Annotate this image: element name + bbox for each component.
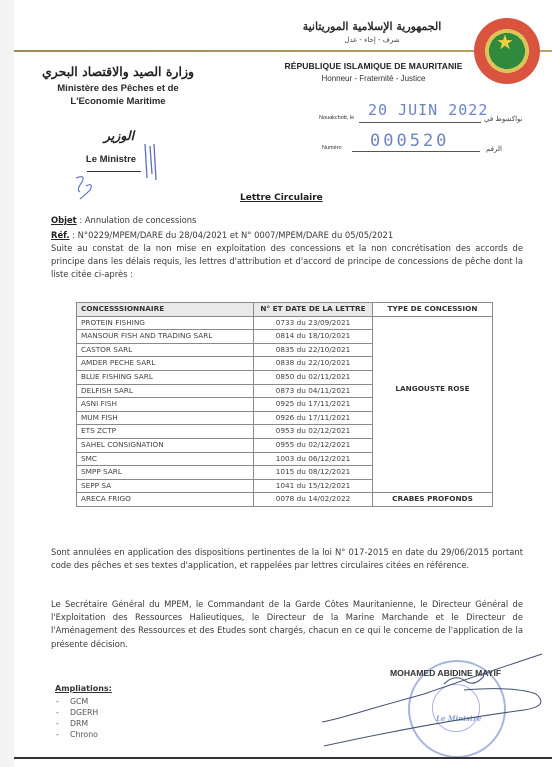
bullet-dash: -: [56, 718, 70, 729]
objet-label: Objet: [51, 215, 77, 225]
number-line: [352, 151, 480, 152]
minister-arabic: الوزير: [84, 128, 154, 143]
letter-page: الجمهورية الإسلامية الموريتانية شرف - إخ…: [14, 0, 552, 767]
ampliation-item: -DGERH: [56, 707, 98, 718]
signature-icon: [314, 650, 552, 750]
ministry-french: Ministère des Pêches et de L'Economie Ma…: [32, 82, 204, 108]
cell-concessionnaire: SMPP SARL: [77, 466, 254, 480]
date-line: [359, 122, 481, 123]
republic-arabic: الجمهورية الإسلامية الموريتانية: [282, 20, 462, 33]
annulation-paragraph: Sont annulées en application des disposi…: [51, 546, 523, 572]
bullet-dash: -: [56, 696, 70, 707]
cell-lettre: 0925 du 17/11/2021: [254, 398, 373, 412]
ampliations-list: -GCM-DGERH-DRM-Chrono: [56, 696, 98, 740]
place-label: Nouakchott, le: [319, 115, 354, 121]
ref-line: Réf. : N°0229/MPEM/DARE du 28/04/2021 et…: [51, 229, 393, 242]
cell-concessionnaire: ETS ZCTP: [77, 425, 254, 439]
cell-lettre: 0955 du 02/12/2021: [254, 438, 373, 452]
handwritten-initials-icon: [72, 172, 102, 200]
cell-concessionnaire: SAHEL CONSIGNATION: [77, 438, 254, 452]
header-lettre: N° ET DATE DE LA LETTRE: [254, 303, 373, 317]
number-stamp: 000520: [370, 131, 449, 151]
ampliation-item: -GCM: [56, 696, 98, 707]
cell-lettre: 0835 du 22/10/2021: [254, 343, 373, 357]
minister-french: Le Ministre: [76, 153, 146, 166]
cell-concessionnaire: PROTEIN FISHING: [77, 316, 254, 330]
cell-concessionnaire: DELFISH SARL: [77, 384, 254, 398]
objet-line: Objet : Annulation de concessions: [51, 214, 196, 227]
cell-lettre: 1041 du 15/12/2021: [254, 479, 373, 493]
cell-lettre: 1003 du 06/12/2021: [254, 452, 373, 466]
execution-paragraph: Le Secrétaire Général du MPEM, le Comman…: [51, 598, 523, 651]
concessions-table: CONCESSSIONNAIRE N° ET DATE DE LA LETTRE…: [76, 302, 493, 507]
header-type: TYPE DE CONCESSION: [373, 303, 493, 317]
ministry-arabic: وزارة الصيد والاقتصاد البحري: [32, 64, 204, 79]
place-label-arabic: نواكشوط في: [484, 115, 523, 123]
intro-paragraph: Suite au constat de la non mise en explo…: [51, 242, 523, 282]
motto-french: Honneur - Fraternité - Justice: [276, 74, 471, 83]
cell-concessionnaire: AMDER PECHE SARL: [77, 357, 254, 371]
cell-concessionnaire: MUM FISH: [77, 411, 254, 425]
number-label-arabic: الرقم: [486, 145, 502, 153]
cell-concessionnaire: SEPP SA: [77, 479, 254, 493]
cell-lettre: 0953 du 02/12/2021: [254, 425, 373, 439]
letter-title: Lettre Circulaire: [240, 193, 323, 203]
bullet-dash: -: [56, 707, 70, 718]
cell-lettre: 0926 du 17/11/2021: [254, 411, 373, 425]
cell-lettre: 0814 du 18/10/2021: [254, 330, 373, 344]
initials-mark-icon: [140, 142, 162, 182]
ref-label: Réf.: [51, 230, 70, 240]
cell-lettre: 0733 du 23/09/2021: [254, 316, 373, 330]
national-seal-icon: ★: [474, 18, 540, 84]
cell-concessionnaire: MANSOUR FISH AND TRADING SARL: [77, 330, 254, 344]
date-stamp: 20 JUIN 2022: [368, 101, 488, 119]
cell-lettre: 0850 du 02/11/2021: [254, 370, 373, 384]
star-icon: ★: [496, 32, 514, 52]
ampliation-item: -Chrono: [56, 729, 98, 740]
cell-concessionnaire: SMC: [77, 452, 254, 466]
ampliation-item: -DRM: [56, 718, 98, 729]
footer-divider: [14, 757, 552, 759]
table-row: ARECA FRIGO0078 du 14/02/2022CRABES PROF…: [77, 493, 493, 507]
cell-type-concession: CRABES PROFONDS: [373, 493, 493, 507]
table-row: PROTEIN FISHING0733 du 23/09/2021LANGOUS…: [77, 316, 493, 330]
motto-arabic: شرف - إخاء - عدل: [282, 36, 462, 44]
header-concessionnaire: CONCESSSIONNAIRE: [77, 303, 254, 317]
cell-type-concession: LANGOUSTE ROSE: [373, 316, 493, 493]
bullet-dash: -: [56, 729, 70, 740]
cell-concessionnaire: BLUE FISHING SARL: [77, 370, 254, 384]
cell-lettre: 0838 du 22/10/2021: [254, 357, 373, 371]
cell-lettre: 0873 du 04/11/2021: [254, 384, 373, 398]
header-divider: [14, 50, 552, 52]
cell-lettre: 1015 du 08/12/2021: [254, 466, 373, 480]
republic-french: RÉPUBLIQUE ISLAMIQUE DE MAURITANIE: [276, 61, 471, 71]
cell-concessionnaire: CASTOR SARL: [77, 343, 254, 357]
ampliations-title: Ampliations:: [55, 684, 112, 693]
cell-concessionnaire: ASNI FISH: [77, 398, 254, 412]
cell-lettre: 0078 du 14/02/2022: [254, 493, 373, 507]
number-label: Numéro: [322, 145, 342, 151]
cell-concessionnaire: ARECA FRIGO: [77, 493, 254, 507]
table-header-row: CONCESSSIONNAIRE N° ET DATE DE LA LETTRE…: [77, 303, 493, 317]
